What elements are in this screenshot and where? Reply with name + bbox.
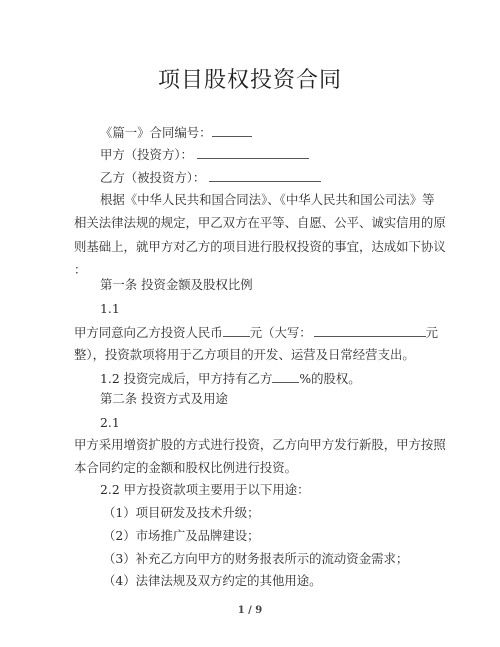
clause-1-1-text-b: 元（大写：: [250, 325, 312, 340]
party-b-line: 乙方（被投资方）：: [100, 169, 446, 186]
preamble-line-1: 根据《中华人民共和国合同法》、《中华人民共和国公司法》等: [100, 192, 420, 208]
preamble-line-3: 则基础上，就甲方对乙方的项目进行股权投资的事宜，达成如下协议: [74, 239, 420, 255]
party-a-label: 甲方（投资方）：: [100, 147, 193, 162]
use-item-3: （3）补充乙方向甲方的财务报表所示的流动资金需求；: [103, 551, 449, 567]
clause-1-1-text-c: 元: [426, 325, 438, 340]
article-2-heading: 第二条 投资方式及用途: [100, 391, 446, 407]
clause-1-2-text-a: 1.2 投资完成后，甲方持有乙方: [100, 371, 272, 386]
clause-2-1-line-2: 本合同约定的金额和股权比例进行投资。: [74, 460, 420, 476]
clause-2-2-intro: 2.2 甲方投资款项主要用于以下用途：: [100, 482, 446, 498]
use-item-1: （1）项目研发及技术升级；: [103, 505, 449, 521]
party-b-blank[interactable]: [209, 169, 321, 182]
clause-2-1-line-1: 甲方采用增资扩股的方式进行投资，乙方向甲方发行新股，甲方按照: [74, 437, 420, 453]
clause-1-2: 1.2 投资完成后，甲方持有乙方%的股权。: [100, 370, 446, 387]
document-page: 项目股权投资合同 《篇一》合同编号： 甲方（投资方）： 乙方（被投资方）： 根据…: [0, 0, 500, 647]
party-a-line: 甲方（投资方）：: [100, 146, 446, 163]
contract-number-line: 《篇一》合同编号：: [100, 124, 446, 141]
document-title: 项目股权投资合同: [0, 66, 500, 96]
use-item-2: （2）市场推广及品牌建设；: [103, 528, 449, 544]
clause-1-1-text-a: 甲方同意向乙方投资人民币: [74, 325, 223, 340]
clause-2-1-number: 2.1: [100, 415, 446, 431]
party-b-label: 乙方（被投资方）：: [100, 170, 205, 185]
article-1-heading: 第一条 投资金额及股权比例: [100, 277, 446, 293]
party-a-blank[interactable]: [197, 146, 309, 159]
contract-number-blank[interactable]: [212, 124, 252, 137]
use-item-4: （4）法律法规及双方约定的其他用途。: [103, 573, 449, 589]
clause-1-1-line-1: 甲方同意向乙方投资人民币元（大写：元: [74, 324, 420, 341]
amount-in-words-blank[interactable]: [314, 324, 426, 337]
investment-amount-blank[interactable]: [223, 324, 250, 337]
clause-1-1-number: 1.1: [100, 301, 446, 317]
page-number: 1 / 9: [0, 605, 500, 616]
contract-number-label: 《篇一》合同编号：: [100, 125, 212, 140]
clause-1-1-line-2: 整），投资款项将用于乙方项目的开发、运营及日常经营支出。: [74, 347, 420, 363]
preamble-line-2: 相关法律法规的规定，甲乙双方在平等、自愿、公平、诚实信用的原: [74, 215, 420, 231]
equity-percent-blank[interactable]: [272, 370, 299, 383]
preamble-line-4: ：: [74, 262, 420, 278]
clause-1-2-text-b: %的股权。: [299, 371, 360, 386]
